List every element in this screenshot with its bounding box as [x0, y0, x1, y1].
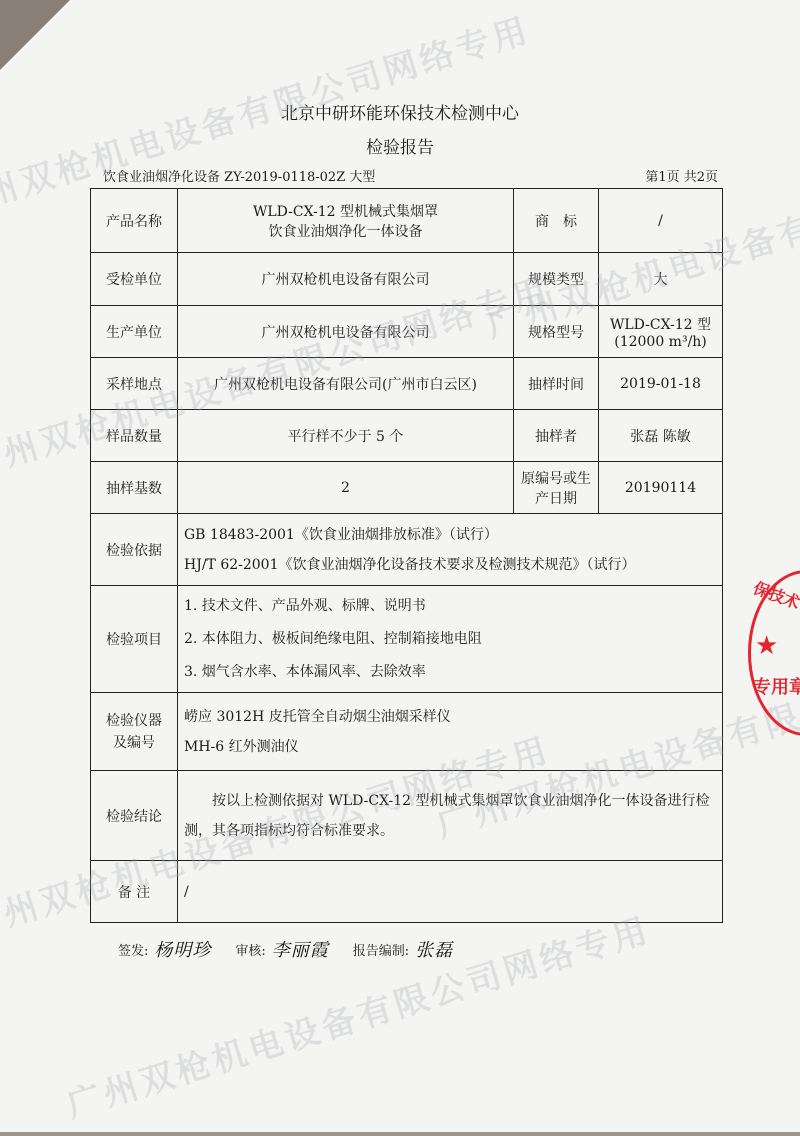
inspection-basis-value: GB 18483-2001《饮食业油烟排放标准》（试行） HJ/T 62-200…	[178, 514, 723, 586]
instruments-label-line1: 检验仪器	[97, 710, 171, 732]
remarks-value: /	[178, 861, 723, 923]
compiler-label: 报告编制:	[353, 940, 409, 959]
row-sampling-location: 采样地点 广州双枪机电设备有限公司(广州市白云区) 抽样时间 2019-01-1…	[91, 358, 723, 410]
instruments-value: 崂应 3012H 皮托管全自动烟尘油烟采样仪 MH-6 红外测油仪	[178, 693, 723, 771]
inspected-unit-label: 受检单位	[91, 253, 178, 306]
sample-quantity-value: 平行样不少于 5 个	[178, 410, 514, 462]
conclusion-text: 按以上检测依据对 WLD-CX-12 型机械式集烟罩饮食业油烟净化一体设备进行检…	[178, 771, 723, 861]
row-remarks: 备 注 /	[91, 861, 723, 923]
model-spec-line1: WLD-CX-12 型	[605, 314, 716, 334]
original-number-label-line1: 原编号或生	[520, 468, 592, 488]
product-name-value: WLD-CX-12 型机械式集烟罩 饮食业油烟净化一体设备	[178, 189, 514, 253]
remarks-label: 备 注	[91, 861, 178, 923]
organization-title: 北京中研环能环保技术检测中心	[0, 99, 800, 124]
inspection-basis-label: 检验依据	[91, 514, 178, 586]
row-inspection-items: 检验项目 1. 技术文件、产品外观、标牌、说明书 2. 本体阻力、极板间绝缘电阻…	[91, 586, 723, 693]
original-number-label: 原编号或生 产日期	[514, 462, 599, 514]
row-sampling-base: 抽样基数 2 原编号或生 产日期 20190114	[91, 462, 723, 514]
report-table: 产品名称 WLD-CX-12 型机械式集烟罩 饮食业油烟净化一体设备 商 标 /…	[90, 188, 723, 923]
product-name-line1: WLD-CX-12 型机械式集烟罩	[184, 201, 507, 221]
row-sample-quantity: 样品数量 平行样不少于 5 个 抽样者 张磊 陈敏	[91, 410, 723, 462]
inspection-item: 3. 烟气含水率、本体漏风率、去除效率	[184, 656, 716, 689]
sample-quantity-label: 样品数量	[91, 410, 178, 462]
page-info: 第1页 共2页	[645, 166, 718, 185]
instrument-item: 崂应 3012H 皮托管全自动烟尘油烟采样仪	[184, 702, 716, 732]
product-name-line2: 饮食业油烟净化一体设备	[184, 221, 507, 241]
inspection-item: 1. 技术文件、产品外观、标牌、说明书	[184, 590, 716, 623]
model-spec-line2: (12000 m³/h)	[605, 334, 716, 350]
stamp-star-icon: ★	[755, 631, 778, 661]
instruments-label-line2: 及编号	[97, 732, 171, 754]
sampling-location-value: 广州双枪机电设备有限公司(广州市白云区)	[178, 358, 514, 410]
compiler-signature: 报告编制: 张磊	[353, 936, 453, 962]
scale-type-value: 大	[599, 253, 723, 306]
signatures: 签发: 杨明珍 审核: 李丽霞 报告编制: 张磊	[118, 936, 477, 962]
inspected-unit-value: 广州双枪机电设备有限公司	[178, 253, 514, 306]
report-title: 检验报告	[0, 133, 800, 158]
instruments-label: 检验仪器 及编号	[91, 693, 178, 771]
sampling-base-value: 2	[178, 462, 514, 514]
row-instruments: 检验仪器 及编号 崂应 3012H 皮托管全自动烟尘油烟采样仪 MH-6 红外测…	[91, 693, 723, 771]
sampler-label: 抽样者	[514, 410, 599, 462]
reviewer-handwriting: 李丽霞	[272, 936, 329, 962]
official-stamp: 保技术 ★ 专用章	[748, 570, 800, 736]
stamp-top-text: 保技术	[751, 575, 800, 613]
inspection-items-value: 1. 技术文件、产品外观、标牌、说明书 2. 本体阻力、极板间绝缘电阻、控制箱接…	[178, 586, 723, 693]
sampling-time-label: 抽样时间	[514, 358, 599, 410]
row-conclusion: 检验结论 按以上检测依据对 WLD-CX-12 型机械式集烟罩饮食业油烟净化一体…	[91, 771, 723, 861]
manufacturer-label: 生产单位	[91, 306, 178, 358]
sampling-time-value: 2019-01-18	[599, 358, 723, 410]
issuer-label: 签发:	[118, 940, 148, 959]
reviewer-label: 审核:	[235, 940, 265, 959]
reviewer-signature: 审核: 李丽霞	[235, 936, 328, 962]
inspection-item: 2. 本体阻力、极板间绝缘电阻、控制箱接地电阻	[184, 623, 716, 656]
report-number: 饮食业油烟净化设备 ZY-2019-0118-02Z 大型	[103, 166, 375, 185]
model-spec-value: WLD-CX-12 型 (12000 m³/h)	[599, 306, 723, 358]
compiler-handwriting: 张磊	[415, 936, 453, 962]
issuer-handwriting: 杨明珍	[154, 936, 211, 962]
conclusion-label: 检验结论	[91, 771, 178, 861]
sampler-value: 张磊 陈敏	[599, 410, 723, 462]
issuer-signature: 签发: 杨明珍	[118, 936, 211, 962]
row-product-name: 产品名称 WLD-CX-12 型机械式集烟罩 饮食业油烟净化一体设备 商 标 /	[91, 189, 723, 253]
paper-bottom-edge	[0, 1132, 800, 1136]
trademark-value: /	[599, 189, 723, 253]
sampling-base-label: 抽样基数	[91, 462, 178, 514]
original-number-label-line2: 产日期	[520, 488, 592, 508]
scale-type-label: 规模类型	[514, 253, 599, 306]
instrument-item: MH-6 红外测油仪	[184, 732, 716, 762]
sampling-location-label: 采样地点	[91, 358, 178, 410]
inspection-basis-item: HJ/T 62-2001《饮食业油烟净化设备技术要求及检测技术规范》（试行）	[184, 550, 716, 580]
inspection-basis-item: GB 18483-2001《饮食业油烟排放标准》（试行）	[184, 520, 716, 550]
trademark-label: 商 标	[514, 189, 599, 253]
stamp-bottom-text: 专用章	[753, 673, 800, 699]
original-number-value: 20190114	[599, 462, 723, 514]
report-subheader: 饮食业油烟净化设备 ZY-2019-0118-02Z 大型 第1页 共2页	[103, 166, 718, 185]
row-inspection-basis: 检验依据 GB 18483-2001《饮食业油烟排放标准》（试行） HJ/T 6…	[91, 514, 723, 586]
row-inspected-unit: 受检单位 广州双枪机电设备有限公司 规模类型 大	[91, 253, 723, 306]
paper-corner-fold	[0, 0, 70, 70]
row-manufacturer: 生产单位 广州双枪机电设备有限公司 规格型号 WLD-CX-12 型 (1200…	[91, 306, 723, 358]
manufacturer-value: 广州双枪机电设备有限公司	[178, 306, 514, 358]
inspection-items-label: 检验项目	[91, 586, 178, 693]
product-name-label: 产品名称	[91, 189, 178, 253]
model-spec-label: 规格型号	[514, 306, 599, 358]
